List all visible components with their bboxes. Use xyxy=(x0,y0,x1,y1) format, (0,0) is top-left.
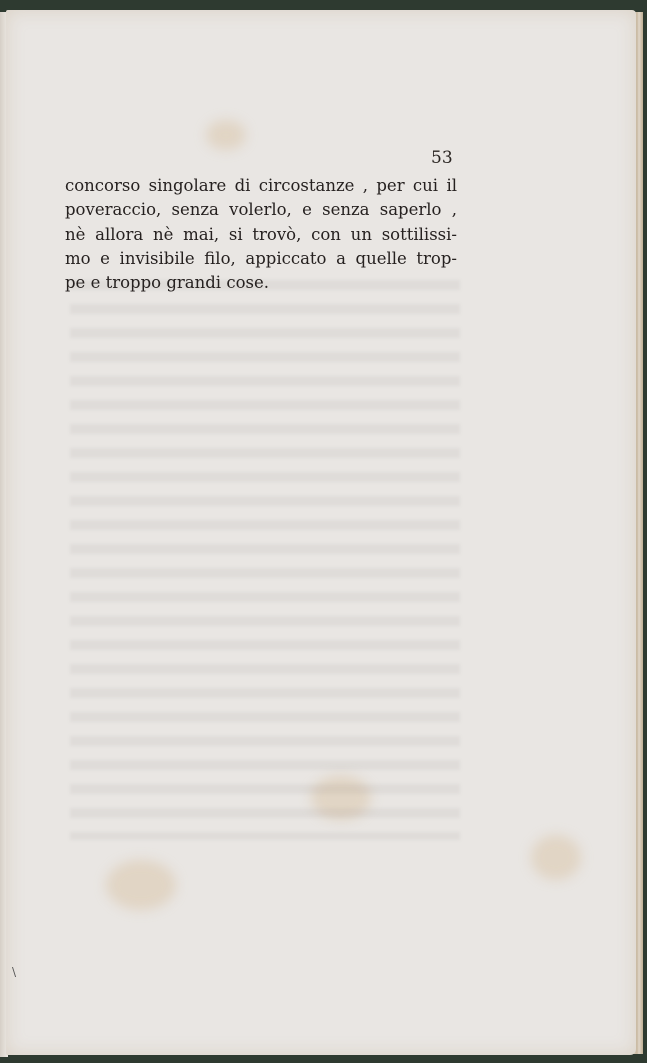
body-text: concorso singolare di circostanze , per … xyxy=(65,174,457,295)
text-line: pe e troppo grandi cose. xyxy=(65,271,457,295)
text-line: poveraccio, senza volerlo, e senza saper… xyxy=(65,198,457,222)
show-through-text xyxy=(70,280,460,840)
text-line: nè allora nè mai, si trovò, con un sotti… xyxy=(65,223,457,247)
foxing-stain xyxy=(531,835,581,880)
text-line: mo e invisibile filo, appiccato a quelle… xyxy=(65,247,457,271)
text-line: concorso singolare di circostanze , per … xyxy=(65,174,457,198)
foxing-stain xyxy=(106,860,176,910)
margin-mark: \ xyxy=(12,965,16,979)
foxing-stain xyxy=(206,120,246,150)
page-number: 53 xyxy=(431,148,453,168)
